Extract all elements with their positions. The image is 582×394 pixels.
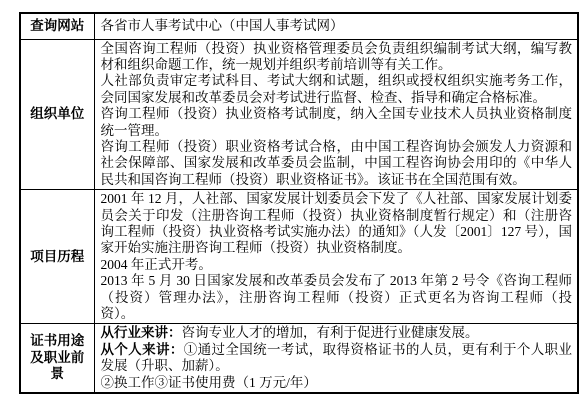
bold-lead-in: 从行业来讲： [101, 325, 182, 340]
paragraph-text: ②换工作③证书使用费（1 万元/年） [101, 375, 317, 390]
cell-paragraph: 人社部负责审定考试科目、考试大纲和试题，组织或授权组织实施考务工作，会同国家发展… [101, 73, 573, 106]
cell-paragraph: 从行业来讲：咨询专业人才的增加，有利于促进行业健康发展。 [101, 325, 573, 341]
row-header-label: 证书用途及职业前景 [30, 333, 84, 381]
cell-paragraph: 全国咨询工程师（投资）执业资格管理委员会负责组织编制考试大纲，编写教材和组织命题… [101, 41, 573, 74]
cell-certificate-use: 从行业来讲：咨询专业人才的增加，有利于促进行业健康发展。 从个人来讲：①通过全国… [94, 324, 578, 393]
cell-organizing-unit: 全国咨询工程师（投资）执业资格管理委员会负责组织编制考试大纲，编写教材和组织命题… [94, 39, 578, 190]
row-header-label: 项目历程 [30, 249, 84, 264]
document-page: 查询网站 各省市人事考试中心（中国人事考试网） 组织单位 全国咨询工程师（投资）… [19, 12, 579, 394]
bold-lead-in: 从个人来讲： [101, 342, 184, 357]
row-header-certificate-use: 证书用途及职业前景 [20, 324, 94, 393]
cell-paragraph: 2001 年 12 月，人社部、国家发展计划委员会下发了《人社部、国家发展计划委… [101, 191, 573, 257]
table-row-project-history: 项目历程 2001 年 12 月，人社部、国家发展计划委员会下发了《人社部、国家… [20, 190, 578, 324]
table-row-query-website: 查询网站 各省市人事考试中心（中国人事考试网） [20, 13, 578, 39]
cell-paragraph: 2013 年 5 月 30 日国家发展和改革委员会发布了 2013 年第 2 号… [101, 273, 573, 322]
paragraph-text: 咨询专业人才的增加，有利于促进行业健康发展。 [182, 325, 479, 340]
cell-paragraph: 咨询工程师（投资）职业资格考试合格，由中国工程咨询协会颁发人力资源和社会保障部、… [101, 139, 573, 188]
table-row-certificate-use: 证书用途及职业前景 从行业来讲：咨询专业人才的增加，有利于促进行业健康发展。 从… [20, 324, 578, 393]
cell-paragraph: 各省市人事考试中心（中国人事考试网） [101, 18, 573, 34]
cell-paragraph: 2004 年正式开考。 [101, 257, 573, 273]
cell-paragraph: 从个人来讲：①通过全国统一考试，取得资格证书的人员，更有利于个人职业发展（升职、… [101, 342, 573, 375]
table-row-organizing-unit: 组织单位 全国咨询工程师（投资）执业资格管理委员会负责组织编制考试大纲，编写教材… [20, 39, 578, 190]
row-header-label: 查询网站 [30, 18, 84, 33]
cell-paragraph: 咨询工程师（投资）执业资格考试制度，纳入全国专业技术人员执业资格制度统一管理。 [101, 106, 573, 139]
cell-paragraph: ②换工作③证书使用费（1 万元/年） [101, 375, 573, 391]
row-header-label: 组织单位 [30, 106, 84, 121]
cell-project-history: 2001 年 12 月，人社部、国家发展计划委员会下发了《人社部、国家发展计划委… [94, 190, 578, 324]
row-header-organizing-unit: 组织单位 [20, 39, 94, 190]
cell-query-website: 各省市人事考试中心（中国人事考试网） [94, 13, 578, 39]
row-header-query-website: 查询网站 [20, 13, 94, 39]
row-header-project-history: 项目历程 [20, 190, 94, 324]
exam-info-table: 查询网站 各省市人事考试中心（中国人事考试网） 组织单位 全国咨询工程师（投资）… [19, 12, 579, 394]
